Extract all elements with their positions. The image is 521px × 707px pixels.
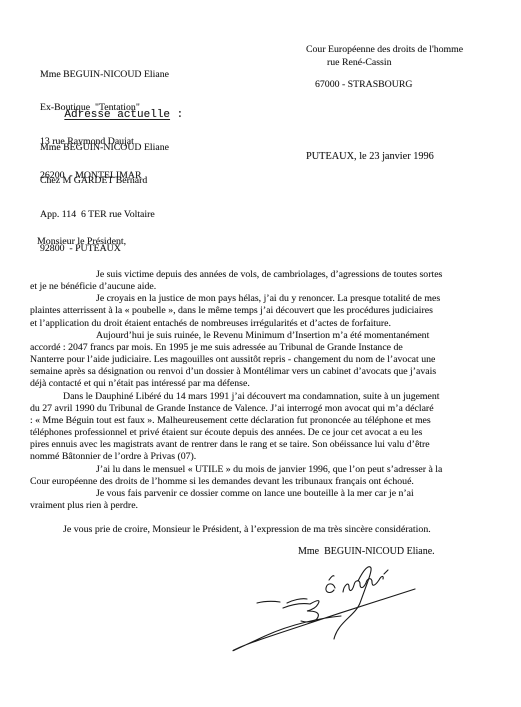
closing-formula: Je vous prie de croire, Monsieur le Prés… (63, 524, 431, 535)
salutation: Monsieur le Président, (37, 236, 126, 247)
body-line: du 27 avril 1990 du Tribunal de Grande I… (30, 403, 500, 415)
signer-name: Mme BEGUIN-NICOUD Eliane. (298, 546, 435, 557)
body-line: : « Mme Béguin tout est faux ». Malheure… (30, 415, 500, 427)
current-address-line: App. 114 6 TER rue Voltaire (40, 209, 169, 220)
current-address-line: Mme BEGUIN-NICOUD Eliane (40, 142, 169, 153)
body-line: accordé : 2047 francs par mois. En 1995 … (30, 342, 500, 354)
body-line: Je suis victime depuis des années de vol… (30, 269, 500, 281)
sender-address-line: Mme BEGUIN-NICOUD Eliane (40, 69, 169, 80)
body-line: déjà contacté et qui n’était pas intéres… (30, 378, 500, 390)
body-line: J’ai lu dans le mensuel « UTILE » du moi… (30, 464, 500, 476)
current-address-colon: : (170, 109, 183, 121)
signature (225, 558, 425, 658)
current-address: Mme BEGUIN-NICOUD Eliane Chez M GARDET B… (40, 119, 169, 277)
body-line: téléphones professionnel et privé étaien… (30, 427, 500, 439)
body-line: pires ennuis avec les magistrats avant d… (30, 439, 500, 451)
body-line: et l’application du droit étaient entach… (30, 318, 500, 330)
body-line: et je ne bénéficie d’aucune aide. (30, 281, 500, 293)
letter-page: Mme BEGUIN-NICOUD Eliane Ex-Boutique "Te… (0, 0, 521, 707)
recipient-line: 67000 - STRASBOURG (315, 79, 412, 90)
recipient-line: rue René-Cassin (327, 57, 391, 68)
body-line: Je vous fais parvenir ce dossier comme o… (30, 488, 500, 500)
body-line: semaine après sa désignation ou renvoi d… (30, 366, 500, 378)
body-line: Aujourd’hui je suis ruinée, le Revenu Mi… (30, 330, 500, 342)
body-line: vraiment plus rien à perdre. (30, 500, 500, 512)
body-line: Nanterre pour l’aide judiciaire. Les mag… (30, 354, 500, 366)
body-line: Dans le Dauphiné Libéré du 14 mars 1991 … (30, 391, 500, 403)
recipient-line: Cour Européenne des droits de l'homme (306, 44, 463, 55)
body-line: Je croyais en la justice de mon pays hél… (30, 293, 500, 305)
body-lines: Je suis victime depuis des années de vol… (30, 269, 500, 512)
body-line: Cour européenne des droits de l’homme si… (30, 476, 500, 488)
body-line: nommé Bâtonnier de l’ordre à Privas (07)… (30, 451, 500, 463)
current-address-line: Chez M GARDET Bernard (40, 175, 169, 186)
body-line: plaintes atterrissent à la « poubelle »,… (30, 305, 500, 317)
dateline: PUTEAUX, le 23 janvier 1996 (306, 151, 434, 162)
